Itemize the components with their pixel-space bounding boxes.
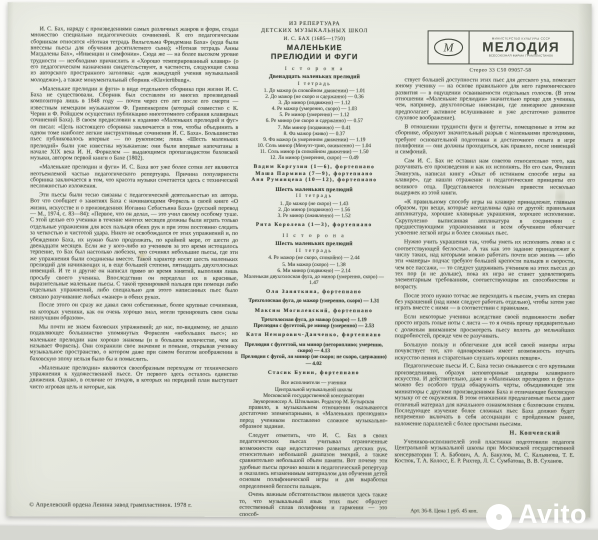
copyright-line: © Апрелевский ордена Ленина завод грампл… bbox=[29, 502, 192, 508]
right-paragraphs: ствует большей доступности этих пьес для… bbox=[395, 77, 576, 427]
fugue1-performer: Максим Могилевский, фортепиано bbox=[240, 307, 388, 314]
side2-label: II с т о р о н а bbox=[240, 233, 388, 239]
side1-label: I с т о р о н а bbox=[240, 66, 388, 72]
fugue3-performer: Стасик Бунин, фортепиано bbox=[240, 370, 388, 377]
set3-performer: Оля Заняткина, фортепиано bbox=[240, 289, 388, 296]
set3-notebook: II тетрадь bbox=[240, 248, 388, 255]
liner-notes-paragraph: «Маленькие прелюдии» являются своеобразн… bbox=[30, 365, 238, 391]
liner-notes-middle-column: правило, в музыкальном отношении оказыва… bbox=[239, 405, 387, 521]
melodiya-brand: МЕЛОДИЯ bbox=[482, 41, 560, 55]
melodiya-logo-box: М МИНИСТЕРСТВО КУЛЬТУРЫ СССР МЕЛОДИЯ ВСЕ… bbox=[428, 30, 574, 64]
liner-notes-paragraph: правило, в музыкальном отношении оказыва… bbox=[240, 405, 388, 431]
liner-notes-paragraph: Нужно учить украшения так, чтобы уметь и… bbox=[395, 240, 575, 291]
record-sleeve: И. С. Бах, наряду с произведениями самых… bbox=[6, 2, 591, 518]
liner-notes-paragraph: Эти пьесы были тесно связаны с педагогич… bbox=[30, 192, 238, 300]
set1-notebook: I тетрадь bbox=[240, 80, 388, 87]
fugue3-lines: Прелюдия с фугеттой, ми минор (неторопли… bbox=[240, 342, 388, 367]
melodiya-logo-text: МИНИСТЕРСТВО КУЛЬТУРЫ СССР МЕЛОДИЯ ВСЕСО… bbox=[470, 31, 573, 63]
set2-tracks: 1. До мажор (не скоро) — 1.43 2. До мино… bbox=[240, 200, 388, 219]
album-title-line2: ПРЕЛЮДИИ И ФУГИ bbox=[241, 52, 389, 61]
liner-notes-right-column: ствует большей доступности этих пьес для… bbox=[394, 77, 575, 467]
melodiya-emblem-icon: М bbox=[429, 31, 470, 63]
performers-credits: Все исполнители — ученики Центральной му… bbox=[240, 380, 388, 405]
liner-notes-paragraph: «Маленькие прелюдии и фуги» в виде отдел… bbox=[30, 86, 238, 163]
liner-notes-paragraph: Следует отметить, что И. С. Бах в своих … bbox=[239, 433, 387, 490]
liner-notes-paragraph: «К правильному способу игры на клавире п… bbox=[395, 199, 575, 238]
liner-notes-paragraph: И. С. Бах, наряду с произведениями самых… bbox=[30, 26, 238, 84]
set1-performers: Вадим Коргузин (1—6), фортепиано Маша Па… bbox=[240, 164, 388, 184]
liner-notes-paragraph: «Маленькие прелюдии и фуги» И. С. Баха в… bbox=[30, 165, 238, 191]
set1-tracks: 1. До мажор (в спокойном движении) — 1.0… bbox=[240, 88, 388, 162]
tracklist-column: ИЗ РЕПЕРТУАРА ДЕТСКИХ МУЗЫКАЛЬНЫХ ШКОЛ И… bbox=[240, 21, 389, 405]
article-price-line: Арт. 36-8. Цена 1 руб. 45 коп. bbox=[410, 508, 477, 514]
liner-notes-paragraph: Если некоторые ученики вследствие своей … bbox=[395, 314, 575, 340]
liner-notes-left-column: И. С. Бах, наряду с произведениями самых… bbox=[30, 26, 239, 393]
liner-notes-paragraph: Мы почти не знаем баховских упражнений; … bbox=[30, 324, 238, 363]
catalog-number: Стерео 33 С50 09057-58 bbox=[427, 67, 573, 73]
liner-notes-paragraph: Большую пользу и облегчение для всей сво… bbox=[395, 342, 575, 362]
fugue1-lines: Трехголосная фуга, до мажор (умеренно, с… bbox=[240, 298, 388, 305]
liner-notes-paragraph: После этого нужно тотчас же переходить к… bbox=[395, 293, 575, 313]
liner-notes-paragraph: Педагогические пьесы И. С. Баха тесно см… bbox=[395, 364, 575, 428]
set2-performer: Рита Королева (1—3), фортепиано bbox=[240, 222, 388, 229]
teachers-paragraph: Учеников-исполнителей этой пластинки под… bbox=[394, 439, 574, 465]
liner-notes-paragraph: Очень важным обстоятельством является зд… bbox=[239, 492, 387, 518]
svg-text:М: М bbox=[443, 40, 455, 54]
set3-tracks: 4. Ре мажор (не скоро, спокойно) — 2.44 … bbox=[240, 255, 388, 286]
album-title-line1: МАЛЕНЬКИЕ bbox=[241, 43, 389, 52]
liner-notes-paragraph: Сам И. С. Бах не оставил нам советов отн… bbox=[395, 158, 575, 197]
liner-notes-paragraph: ствует большей доступности этих пьес для… bbox=[395, 77, 575, 122]
set2-notebook: II тетрадь bbox=[240, 193, 388, 200]
fugue2-performer: Катя Немирович-Данченко, фортепиано bbox=[240, 332, 388, 339]
schools-line: ДЕТСКИХ МУЗЫКАЛЬНЫХ ШКОЛ bbox=[241, 28, 389, 35]
firm-line: ВСЕСОЮЗНАЯ ФИРМА ГРАМПЛАСТИНОК bbox=[489, 55, 553, 58]
author-signature: Н. Копчевский bbox=[395, 430, 561, 436]
liner-notes-paragraph: После этого он сразу же давал свои собст… bbox=[30, 303, 238, 323]
fugue2-lines: Трехголосная фуга, до мажор (скоро) — 1.… bbox=[240, 317, 388, 330]
liner-notes-paragraph: В отношении трудности фуги и фугетты, по… bbox=[395, 124, 575, 156]
